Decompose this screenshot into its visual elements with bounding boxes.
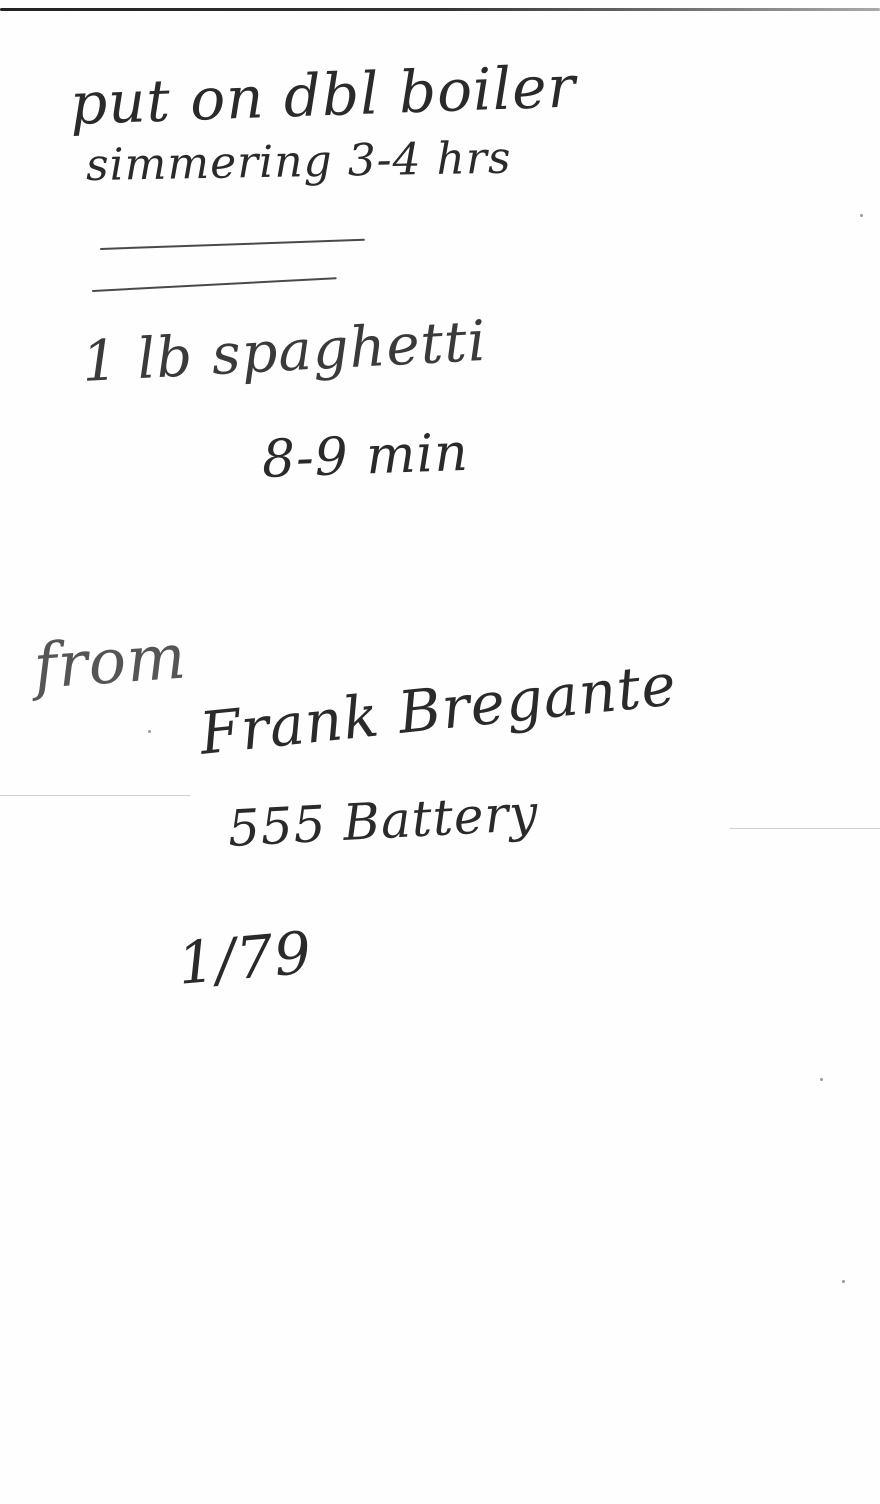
paper-speck: [148, 730, 151, 733]
paper-speck: [820, 1078, 823, 1081]
separator-rule-1: [100, 239, 365, 250]
separator-rule-2: [92, 277, 337, 292]
author-name: Frank Bregante: [196, 650, 679, 768]
ingredient-spaghetti: 1 lb spaghetti: [80, 309, 488, 395]
instruction-simmer-time: simmering 3-4 hrs: [86, 133, 512, 191]
fold-line-right: [730, 828, 880, 829]
fold-line-left: [0, 795, 190, 796]
note-date: 1/79: [175, 918, 315, 997]
paper-speck: [842, 1280, 845, 1283]
from-label: from: [31, 619, 188, 702]
instruction-double-boiler: put on dbl boiler: [69, 52, 577, 138]
cook-time: 8-9 min: [261, 423, 470, 490]
paper-speck: [860, 214, 863, 217]
author-address: 555 Battery: [226, 784, 539, 858]
note-page: put on dbl boiler simmering 3-4 hrs 1 lb…: [0, 0, 880, 1504]
paper-top-edge: [0, 8, 880, 11]
